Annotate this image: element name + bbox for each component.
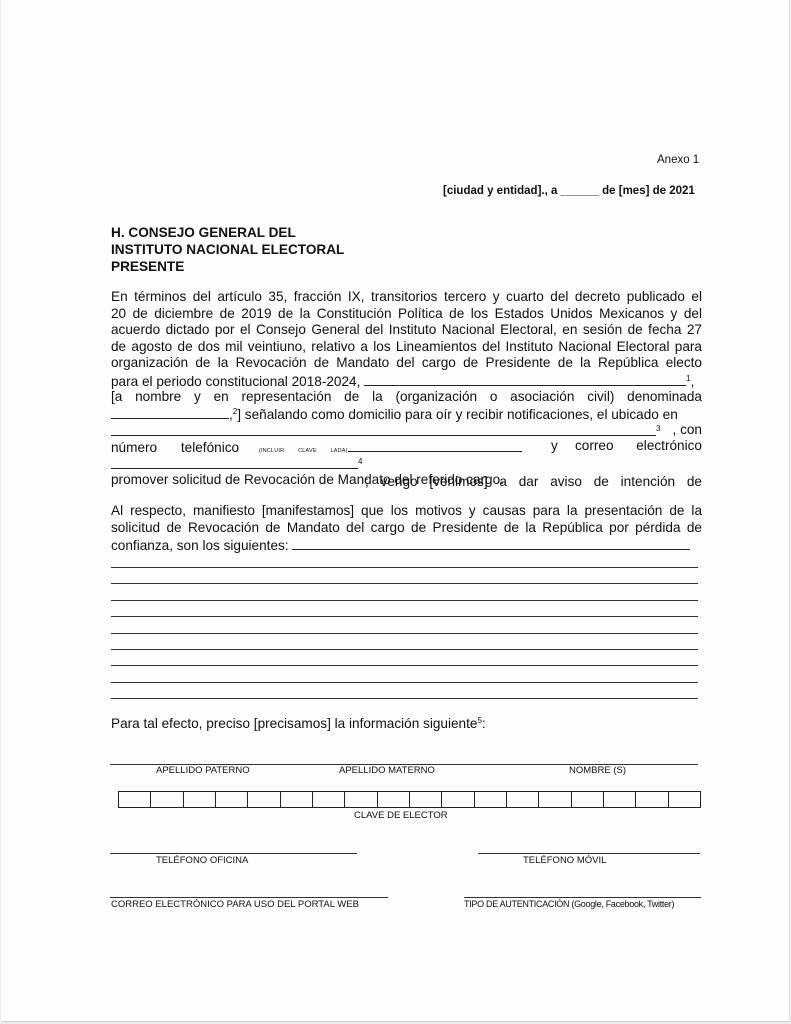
annex-label: Anexo 1 [657, 154, 699, 166]
text-line: [a nombre y en representación de la (org… [111, 389, 702, 406]
email-blank[interactable] [111, 455, 358, 469]
auth-type-field[interactable] [464, 897, 701, 898]
voter-key-cell[interactable] [669, 792, 700, 807]
voter-key-cell[interactable] [281, 792, 313, 807]
text-line: número telefónico (INCLUIR CLAVE LADA) y… [111, 438, 702, 455]
portal-email-label: CORREO ELECTRÓNICO PARA USO DEL PORTAL W… [111, 899, 359, 910]
text-line: ,2] señalando como domicilio para oír y … [111, 405, 702, 422]
reason-line[interactable] [111, 665, 698, 666]
reason-line[interactable] [111, 682, 698, 683]
reason-line[interactable] [111, 583, 698, 584]
phone-hint: LADA) [331, 448, 348, 454]
reason-line[interactable] [111, 616, 698, 617]
voter-key-cell[interactable] [604, 792, 636, 807]
text-fragment: electrónico [636, 438, 702, 455]
voter-key-cell[interactable] [572, 792, 604, 807]
footnote-ref: 4 [358, 457, 362, 466]
text-fragment: y [551, 438, 558, 455]
phone-hint: CLAVE [298, 448, 317, 454]
text-fragment: ] señalando como domicilio para oír y re… [237, 407, 678, 422]
text-fragment: telefónico [181, 440, 239, 455]
voter-key-cell[interactable] [507, 792, 539, 807]
office-phone-label: TELÉFONO OFICINA [156, 855, 248, 866]
mobile-phone-label: TELÉFONO MÓVIL [523, 855, 606, 866]
text-line: confianza, son los siguientes: [111, 536, 702, 553]
text-fragment: : [482, 716, 486, 731]
text-line: para el periodo constitucional 2018-2024… [111, 372, 702, 389]
text-line: organización de la Revocación de Mandato… [111, 355, 702, 372]
text-fragment: para el periodo constitucional 2018-2024… [111, 374, 364, 389]
addressee-line: INSTITUTO NACIONAL ELECTORAL [111, 241, 344, 258]
text-fragment: correo [575, 438, 614, 455]
text-fragment: Para tal efecto, preciso [precisamos] la… [111, 716, 477, 731]
text-fragment: número [111, 440, 157, 455]
portal-email-field[interactable] [110, 897, 388, 898]
text-fragment: , con [673, 422, 702, 439]
paragraph-reasons: Al respecto, manifiesto [manifestamos] q… [111, 503, 702, 553]
voter-key-cell[interactable] [248, 792, 280, 807]
text-line: Para tal efecto, preciso [precisamos] la… [111, 716, 702, 733]
reason-line[interactable] [111, 649, 698, 650]
address-blank[interactable] [111, 422, 656, 436]
voter-key-cell[interactable] [475, 792, 507, 807]
voter-key-cell[interactable] [151, 792, 183, 807]
text-line: Al respecto, manifiesto [manifestamos] q… [111, 503, 702, 520]
voter-key-cell[interactable] [442, 792, 474, 807]
paragraph-info: Para tal efecto, preciso [precisamos] la… [111, 716, 702, 733]
footnote-ref: 3 [656, 424, 660, 433]
reason-line[interactable] [111, 633, 698, 634]
reason-line[interactable] [111, 698, 698, 699]
given-names-label: NOMBRE (S) [569, 765, 626, 776]
text-line: 3, con [111, 422, 702, 439]
voter-key-grid[interactable] [118, 791, 701, 808]
mobile-phone-field[interactable] [478, 853, 700, 854]
auth-type-label: TIPO DE AUTENTICACIÓN (Google, Facebook,… [464, 899, 674, 909]
voter-key-cell[interactable] [378, 792, 410, 807]
dateline: [ciudad y entidad]., a ______ de [mes] d… [443, 185, 695, 197]
voter-key-cell[interactable] [313, 792, 345, 807]
text-line: En términos del artículo 35, fracción IX… [111, 289, 702, 306]
reasons-blank[interactable] [292, 536, 690, 550]
voter-key-cell[interactable] [184, 792, 216, 807]
footnote-ref: 1 [686, 374, 690, 383]
addressee-line: PRESENTE [111, 258, 344, 275]
paragraph-intro: En términos del artículo 35, fracción IX… [111, 289, 702, 488]
text-line: acuerdo dictado por el Consejo General d… [111, 322, 702, 339]
text-fragment: confianza, son los siguientes: [111, 538, 292, 553]
document-page: Anexo 1 [ciudad y entidad]., a ______ de… [1, 0, 790, 1022]
reason-line[interactable] [111, 600, 698, 601]
addressee: H. CONSEJO GENERAL DEL INSTITUTO NACIONA… [111, 224, 344, 275]
voter-key-cell[interactable] [216, 792, 248, 807]
voter-key-cell[interactable] [539, 792, 571, 807]
text-line: 4; vengo [venimos] a dar aviso de intenc… [111, 455, 702, 472]
voter-key-cell[interactable] [119, 792, 151, 807]
text-line: de agosto de dos mil veintiuno, relativo… [111, 339, 702, 356]
phone-blank[interactable] [348, 438, 522, 452]
voter-key-label: CLAVE DE ELECTOR [354, 810, 448, 821]
text-line: promover solicitud de Revocación de Mand… [111, 472, 702, 489]
text-line: 20 de diciembre de 2019 de la Constituci… [111, 306, 702, 323]
reason-line[interactable] [111, 567, 698, 568]
text-line: solicitud de Revocación de Mandato del c… [111, 520, 702, 537]
addressee-line: H. CONSEJO GENERAL DEL [111, 224, 344, 241]
last-name-maternal-label: APELLIDO MATERNO [339, 765, 435, 776]
association-name-blank[interactable] [111, 405, 229, 419]
organization-name-blank[interactable] [364, 372, 686, 386]
voter-key-cell[interactable] [345, 792, 377, 807]
voter-key-cell[interactable] [636, 792, 668, 807]
office-phone-field[interactable] [110, 853, 357, 854]
voter-key-cell[interactable] [410, 792, 442, 807]
last-name-paternal-label: APELLIDO PATERNO [156, 765, 250, 776]
phone-hint: (INCLUIR [259, 448, 284, 454]
